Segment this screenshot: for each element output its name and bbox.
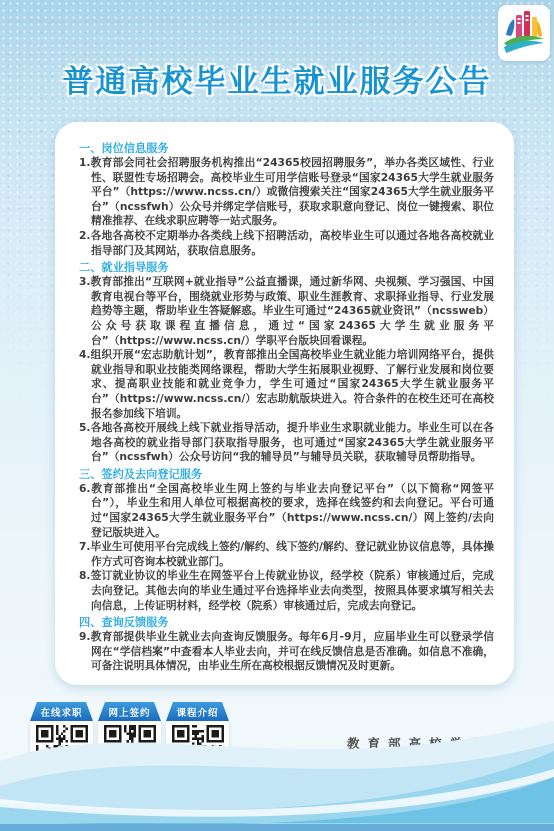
qr-tab-label: 在线求职 xyxy=(30,702,93,721)
buildings-logo-icon xyxy=(502,9,546,57)
notice-item-6: 6.教育部推出“全国高校毕业生网上签约与毕业去向登记平台”（以下简称“网签平台”… xyxy=(79,482,494,540)
content-card: 一、岗位信息服务 1.教育部会同社会招聘服务机构推出“24365校园招聘服务”，… xyxy=(55,122,514,685)
notice-item-4: 4.组织开展“宏志助航计划”，教育部推出全国高校毕业生就业能力培训网络平台，提供… xyxy=(79,348,494,421)
section-heading-signing: 三、签约及去向登记服务 xyxy=(79,467,494,482)
qr-code xyxy=(172,725,224,777)
issuer-signature: 教育部高校学生司 教育部学生服务与素质发展中心 xyxy=(334,736,516,768)
notice-item-5: 5.各地各高校开展线上线下就业指导活动，提升毕业生求职就业能力。毕业生可以在各地… xyxy=(79,421,494,465)
qr-tab-label: 课程介绍 xyxy=(166,702,229,721)
issuer-line-2: 教育部学生服务与素质发展中心 xyxy=(334,752,516,768)
issuer-line-1: 教育部高校学生司 xyxy=(334,736,524,752)
qr-code xyxy=(104,725,156,777)
qr-caption: 网签平台 xyxy=(116,779,144,798)
poster-title: 普通高校毕业生就业服务公告 xyxy=(0,56,554,101)
notice-item-9: 9.教育部提供毕业生就业去向查询反馈服务。每年6月-9月，应届毕业生可以登录学信… xyxy=(79,630,494,674)
qr-code-row: 在线求职 国家24365大学生就业服务平台 网上签约 网签平台 课程介绍 243… xyxy=(30,702,229,801)
notice-item-3: 3.教育部推出“互联网+就业指导”公益直播课，通过新华网、央视频、学习强国、中国… xyxy=(79,275,494,348)
section-heading-job-info: 一、岗位信息服务 xyxy=(79,141,494,156)
qr-code xyxy=(36,725,88,777)
qr-caption: 24365就业资讯 xyxy=(171,779,223,798)
qr-tab-label: 网上签约 xyxy=(98,702,161,721)
qr-caption: 国家24365大学生就业服务平台 xyxy=(34,779,89,798)
section-heading-guidance: 二、就业指导服务 xyxy=(79,260,494,275)
qr-card-online-signing: 网上签约 网签平台 xyxy=(98,702,161,801)
qr-card-course-intro: 课程介绍 24365就业资讯 xyxy=(166,702,229,801)
notice-item-8: 8.签订就业协议的毕业生在网签平台上传就业协议，经学校（院系）审核通过后，完成去… xyxy=(79,569,494,613)
section-heading-feedback: 四、查询反馈服务 xyxy=(79,615,494,630)
notice-item-7: 7.毕业生可使用平台完成线上签约/解约、线下签约/解约、登记就业协议信息等，具体… xyxy=(79,540,494,569)
qr-center-logo-icon xyxy=(192,745,204,757)
24365-logo xyxy=(498,5,550,61)
qr-center-logo-icon xyxy=(56,745,68,757)
employment-service-poster: 普通高校毕业生就业服务公告 一、岗位信息服务 1.教育部会同社会招聘服务机构推出… xyxy=(0,0,554,831)
notice-item-2: 2.各地各高校不定期举办各类线上线下招聘活动，高校毕业生可以通过各地各高校就业指… xyxy=(79,229,494,258)
qr-card-online-job: 在线求职 国家24365大学生就业服务平台 xyxy=(30,702,93,801)
notice-item-1: 1.教育部会同社会招聘服务机构推出“24365校园招聘服务”，举办各类区域性、行… xyxy=(79,156,494,229)
